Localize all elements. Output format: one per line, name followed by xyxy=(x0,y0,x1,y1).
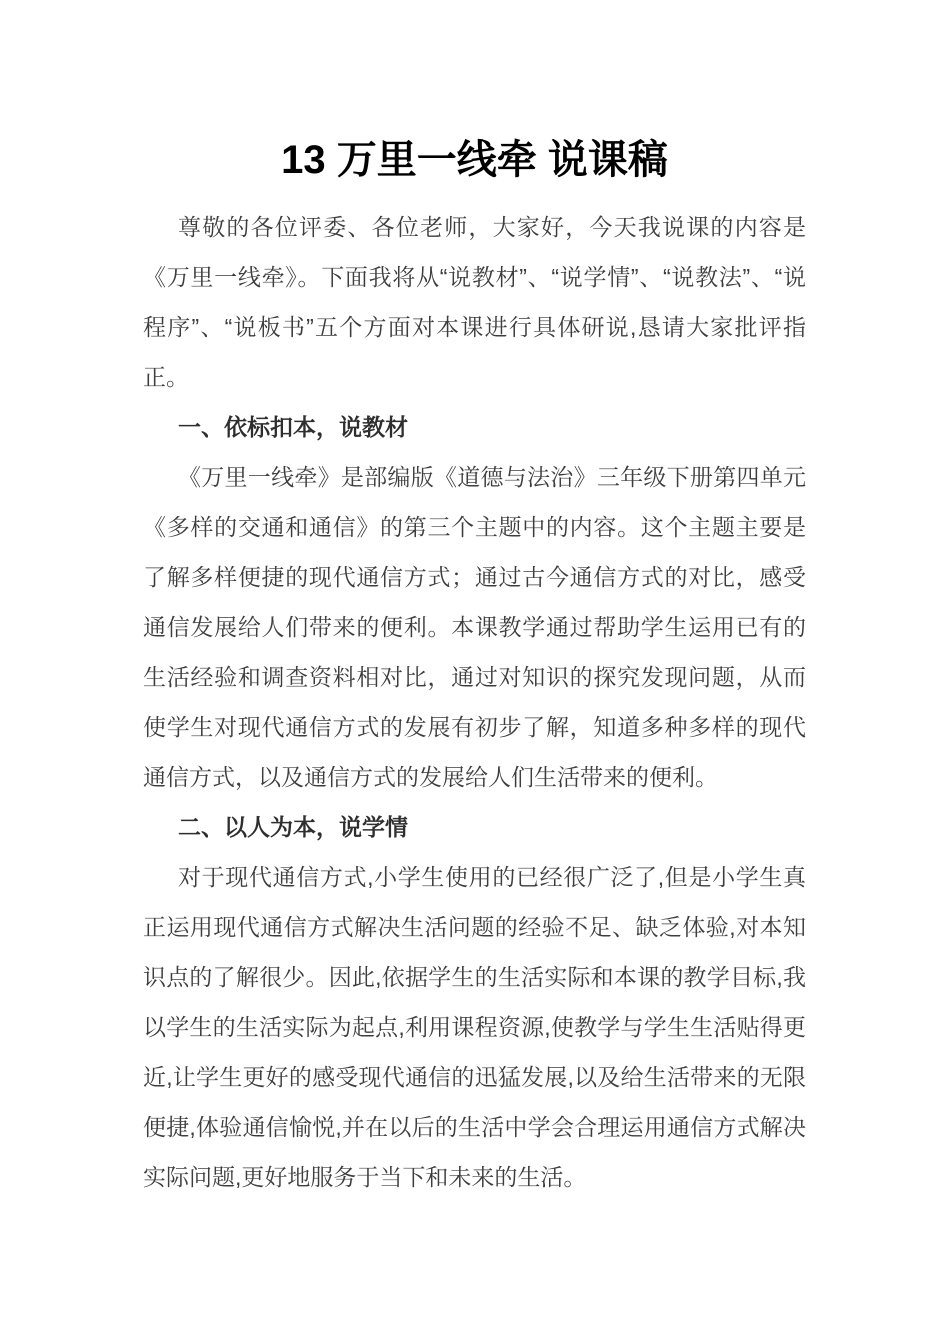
learner-analysis-paragraph: 对于现代通信方式,小学生使用的已经很广泛了,但是小学生真正运用现代通信方式解决生… xyxy=(143,852,806,1202)
section-heading-learner-analysis: 二、以人为本，说学情 xyxy=(143,802,806,852)
teaching-material-paragraph: 《万里一线牵》是部编版《道德与法治》三年级下册第四单元《多样的交通和通信》的第三… xyxy=(143,452,806,802)
intro-paragraph: 尊敬的各位评委、各位老师，大家好，今天我说课的内容是《万里一线牵》。下面我将从“… xyxy=(143,202,806,402)
document-page: 13 万里一线牵 说课稿 尊敬的各位评委、各位老师，大家好，今天我说课的内容是《… xyxy=(0,0,950,1344)
document-title: 13 万里一线牵 说课稿 xyxy=(143,130,806,190)
section-heading-teaching-material: 一、依标扣本，说教材 xyxy=(143,402,806,452)
